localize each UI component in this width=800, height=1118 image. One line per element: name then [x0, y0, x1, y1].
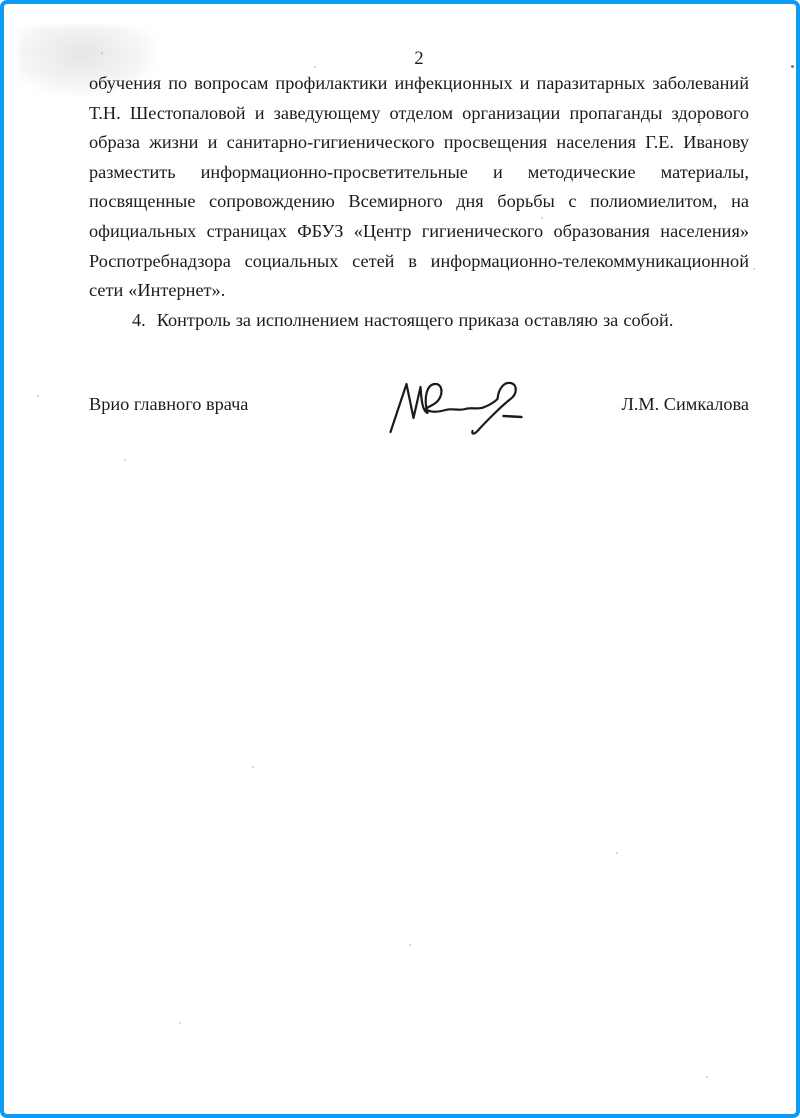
body-line: образа жизни и санитарно-гигиенического … — [89, 128, 749, 158]
scan-speck — [314, 66, 316, 68]
page-number: 2 — [89, 48, 749, 70]
body-line: разместить информационно-просветительные… — [89, 158, 749, 188]
scan-speck — [179, 1022, 181, 1024]
body-line: Роспотребнадзора социальных сетей в инфо… — [89, 247, 749, 277]
scan-speck — [616, 852, 618, 854]
body-line: сети «Интернет». — [89, 276, 749, 306]
order-item-4: 4.Контроль за исполнением настоящего при… — [89, 306, 749, 336]
body-text: обучения по вопросам профилактики инфекц… — [89, 69, 749, 335]
scan-speck — [101, 52, 103, 54]
scan-speck — [706, 1076, 708, 1078]
body-line: обучения по вопросам профилактики инфекц… — [89, 69, 749, 99]
item-number: 4. — [132, 306, 146, 336]
scan-speck — [252, 766, 254, 768]
scan-speck — [699, 124, 701, 126]
handwritten-signature-icon — [370, 368, 556, 446]
scan-speck — [753, 268, 755, 270]
body-line: официальных страницах ФБУЗ «Центр гигиен… — [89, 217, 749, 247]
scan-speck — [791, 65, 794, 68]
scan-speck — [409, 944, 411, 946]
scan-speck — [541, 217, 543, 219]
signoff-name: Л.М. Симкалова — [621, 390, 749, 420]
body-line: посвященные сопровождению Всемирного дня… — [89, 187, 749, 217]
signoff-position: Врио главного врача — [89, 390, 248, 420]
document-page: 2 обучения по вопросам профилактики инфе… — [0, 0, 800, 1118]
scan-speck — [124, 459, 126, 461]
item-text: Контроль за исполнением настоящего прика… — [157, 310, 674, 330]
body-line: Т.Н. Шестопаловой и заведующему отделом … — [89, 99, 749, 129]
scan-speck — [37, 395, 39, 397]
